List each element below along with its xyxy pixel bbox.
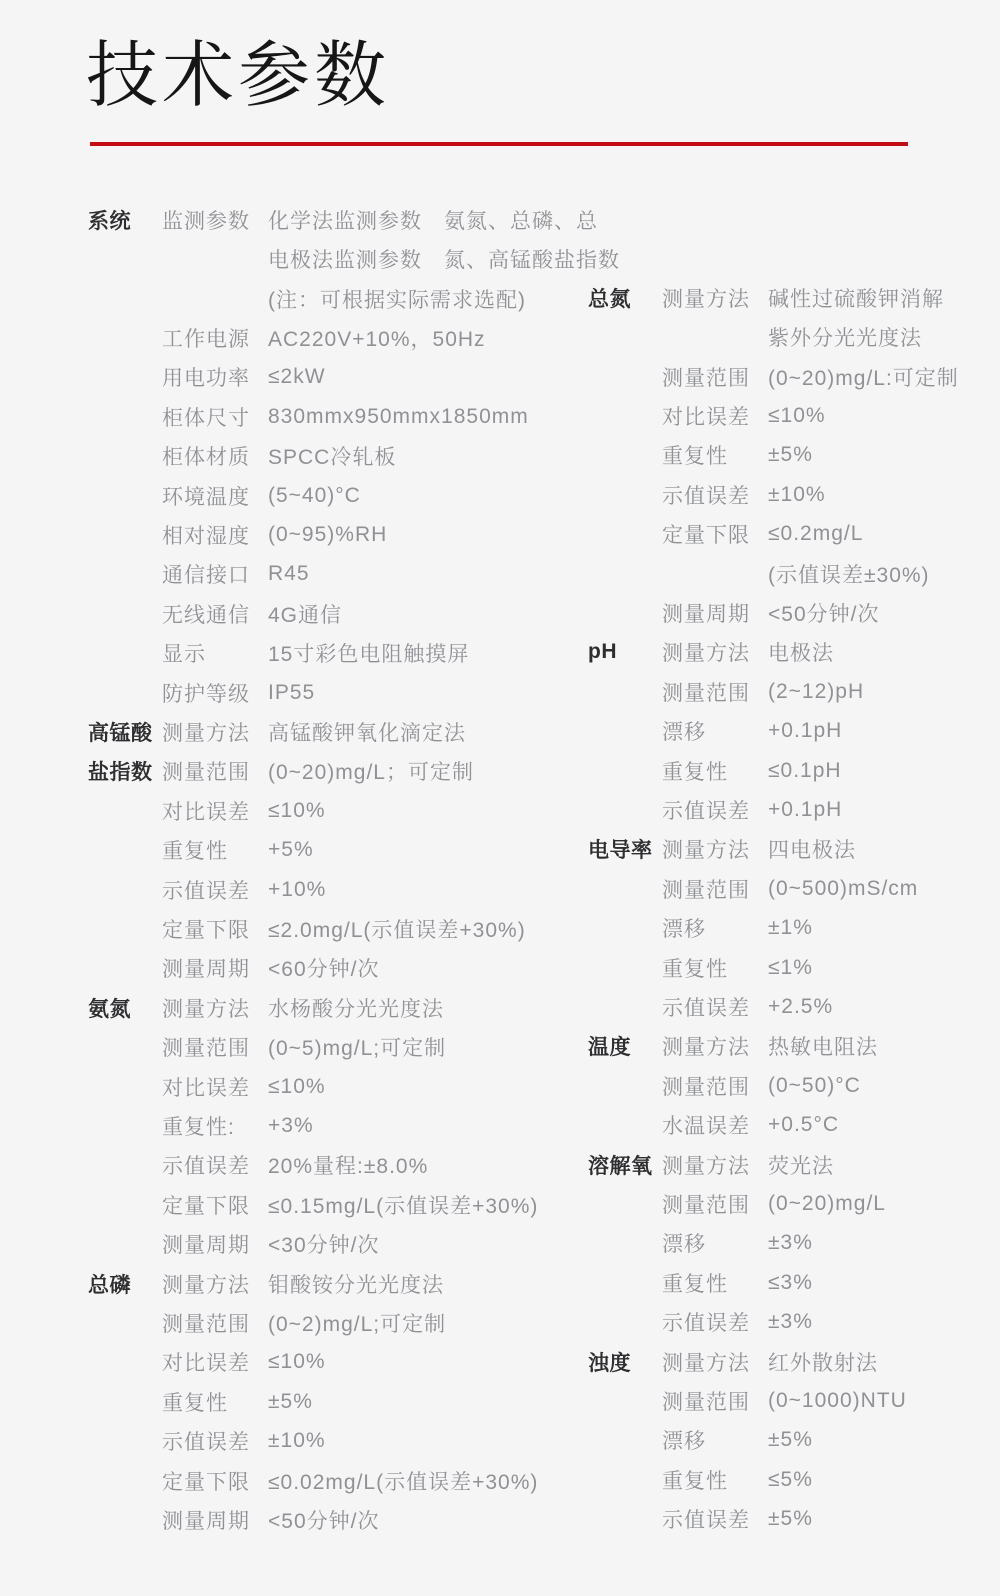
spec-value: (0~2)mg/L;可定制	[268, 1308, 580, 1338]
spec-value: +3%	[268, 1114, 580, 1138]
spec-row: (注：可根据实际需求选配)	[88, 279, 580, 318]
spec-value: +0.1pH	[768, 798, 992, 822]
spec-value: 电极法监测参数 氮、高锰酸盐指数	[268, 244, 620, 274]
spec-section-header: 电导率	[588, 834, 662, 864]
spec-row: 对比误差 ≤10%	[88, 1343, 580, 1382]
spec-row: 示值误差 ±5%	[588, 1500, 992, 1539]
spec-row: 示值误差 20%量程:±8.0%	[88, 1146, 580, 1185]
spec-label: 环境温度	[162, 481, 268, 511]
spec-row: 测量范围 (0~50)°C	[588, 1066, 992, 1105]
spec-value: ≤1%	[768, 956, 992, 980]
spec-value: ≤5%	[768, 1468, 992, 1492]
spec-value: ≤2kW	[268, 365, 580, 389]
spec-label: 示值误差	[162, 1426, 268, 1456]
spec-row: 水温误差 +0.5°C	[588, 1106, 992, 1145]
spec-label: 测量方法	[662, 1031, 768, 1061]
spec-row: 测量范围 (0~1000)NTU	[588, 1381, 992, 1420]
spec-label: 重复性	[662, 1268, 768, 1298]
spec-row: 测量范围 (0~500)mS/cm	[588, 869, 992, 908]
spec-row: 溶解氧 测量方法 荧光法	[588, 1145, 992, 1184]
spec-value: ±5%	[768, 1428, 992, 1452]
spec-row: 电极法监测参数 氮、高锰酸盐指数	[88, 239, 580, 278]
spec-row: 测量范围 (0~20)mg/L:可定制	[588, 357, 992, 396]
spec-column-left: 系统 监测参数 化学法监测参数 氨氮、总磷、总 电极法监测参数 氮、高锰酸盐指数…	[88, 200, 580, 1540]
spec-label: 重复性	[162, 1387, 268, 1417]
spec-row: 温度 测量方法 热敏电阻法	[588, 1027, 992, 1066]
spec-value: +0.1pH	[768, 719, 992, 743]
spec-label: 定量下限	[162, 1466, 268, 1496]
spec-label: 漂移	[662, 1228, 768, 1258]
spec-row: 重复性 ≤5%	[588, 1460, 992, 1499]
spec-value: 高锰酸钾氧化滴定法	[268, 717, 580, 747]
spec-row: 显示 15寸彩色电阻触摸屏	[88, 633, 580, 672]
spec-value: <50分钟/次	[268, 1505, 580, 1535]
spec-label: 测量范围	[662, 677, 768, 707]
spec-label: 重复性	[662, 756, 768, 786]
spec-label: 测量范围	[662, 1189, 768, 1219]
spec-row: 通信接口 R45	[88, 555, 580, 594]
spec-row: 测量范围 (0~5)mg/L;可定制	[88, 1028, 580, 1067]
spec-row: 定量下限 ≤0.02mg/L(示值误差+30%)	[88, 1461, 580, 1500]
spec-value: 钼酸铵分光光度法	[268, 1269, 580, 1299]
spec-row: 重复性 ±5%	[88, 1382, 580, 1421]
spec-value: (0~5)mg/L;可定制	[268, 1032, 580, 1062]
spec-label: 测量方法	[162, 1269, 268, 1299]
spec-row: 测量周期 <50分钟/次	[588, 593, 992, 632]
spec-row: 无线通信 4G通信	[88, 594, 580, 633]
spec-row: 示值误差 +0.1pH	[588, 790, 992, 829]
spec-label: 测量方法	[662, 283, 768, 313]
spec-section-header: 氨氮	[88, 993, 162, 1023]
spec-section-header: 盐指数	[88, 756, 162, 786]
spec-label: 监测参数	[162, 205, 268, 235]
spec-value: 碱性过硫酸钾消解	[768, 283, 992, 313]
spec-label: 测量范围	[162, 1032, 268, 1062]
spec-row: 总磷 测量方法 钼酸铵分光光度法	[88, 1264, 580, 1303]
spec-label: 漂移	[662, 1425, 768, 1455]
spec-value: 化学法监测参数 氨氮、总磷、总	[268, 205, 598, 235]
spec-value: 四电极法	[768, 834, 992, 864]
spec-label: 测量周期	[162, 1505, 268, 1535]
spec-section-header: 溶解氧	[588, 1150, 662, 1180]
spec-value: ≤2.0mg/L(示值误差+30%)	[268, 914, 580, 944]
spec-label: 防护等级	[162, 678, 268, 708]
spec-value: ±10%	[768, 483, 992, 507]
spec-value: ±3%	[768, 1231, 992, 1255]
spec-section-header: 高锰酸	[88, 717, 162, 747]
spec-label: 测量周期	[162, 953, 268, 983]
spec-column-right: 总氮 测量方法 碱性过硫酸钾消解 紫外分光光度法 测量范围 (0~20)mg/L…	[588, 278, 992, 1539]
spec-label: 水温误差	[662, 1110, 768, 1140]
spec-value: +5%	[268, 838, 580, 862]
spec-label: 漂移	[662, 716, 768, 746]
spec-value: <60分钟/次	[268, 953, 580, 983]
spec-row: 示值误差 ±3%	[588, 1303, 992, 1342]
spec-row: 测量范围 (0~20)mg/L	[588, 1184, 992, 1223]
spec-value: 830mmx950mmx1850mm	[268, 405, 580, 429]
spec-value: (0~1000)NTU	[768, 1389, 992, 1413]
spec-row: 盐指数 测量范围 (0~20)mg/L；可定制	[88, 752, 580, 791]
spec-row: 测量范围 (2~12)pH	[588, 672, 992, 711]
spec-label: 定量下限	[162, 1190, 268, 1220]
spec-value: (0~20)mg/L；可定制	[268, 756, 580, 786]
spec-label: 示值误差	[662, 480, 768, 510]
spec-row: 示值误差 +2.5%	[588, 987, 992, 1026]
spec-value: (0~20)mg/L	[768, 1192, 992, 1216]
spec-row: 高锰酸 测量方法 高锰酸钾氧化滴定法	[88, 712, 580, 751]
spec-value: (示值误差±30%)	[768, 559, 992, 589]
spec-value: ±5%	[768, 443, 992, 467]
spec-row: 相对湿度 (0~95)%RH	[88, 515, 580, 554]
spec-row: 电导率 测量方法 四电极法	[588, 830, 992, 869]
spec-label: 测量范围	[162, 1308, 268, 1338]
spec-value: +2.5%	[768, 995, 992, 1019]
spec-value: ≤0.02mg/L(示值误差+30%)	[268, 1466, 580, 1496]
spec-label: 测量周期	[662, 598, 768, 628]
spec-row: 示值误差 +10%	[88, 870, 580, 909]
spec-value: 荧光法	[768, 1150, 992, 1180]
spec-section-header: 浊度	[588, 1347, 662, 1377]
spec-label: 重复性:	[162, 1111, 268, 1141]
spec-label: 重复性	[662, 953, 768, 983]
spec-value: 红外散射法	[768, 1347, 992, 1377]
spec-label: 测量方法	[162, 993, 268, 1023]
spec-label: 测量方法	[662, 834, 768, 864]
spec-label: 定量下限	[662, 519, 768, 549]
spec-value: ≤10%	[768, 404, 992, 428]
spec-row: 重复性 ≤0.1pH	[588, 751, 992, 790]
spec-value: SPCC冷轧板	[268, 441, 580, 471]
spec-value: ±10%	[268, 1429, 580, 1453]
spec-section-header: 温度	[588, 1031, 662, 1061]
spec-section-header: 总氮	[588, 283, 662, 313]
spec-label: 漂移	[662, 913, 768, 943]
spec-value: (5~40)°C	[268, 484, 580, 508]
spec-row: 用电功率 ≤2kW	[88, 358, 580, 397]
spec-value: 15寸彩色电阻触摸屏	[268, 638, 580, 668]
spec-value: 20%量程:±8.0%	[268, 1150, 580, 1180]
spec-label: 示值误差	[662, 795, 768, 825]
spec-value: AC220V+10%，50Hz	[268, 323, 580, 353]
spec-label: 重复性	[662, 1465, 768, 1495]
spec-row: 定量下限 ≤2.0mg/L(示值误差+30%)	[88, 909, 580, 948]
spec-label: 定量下限	[162, 914, 268, 944]
spec-row: 漂移 +0.1pH	[588, 711, 992, 750]
spec-label: 示值误差	[662, 1307, 768, 1337]
spec-label: 测量方法	[162, 717, 268, 747]
spec-label: 测量方法	[662, 1347, 768, 1377]
spec-row: 漂移 ±3%	[588, 1224, 992, 1263]
spec-value: <50分钟/次	[768, 598, 992, 628]
spec-row: 重复性 ±5%	[588, 436, 992, 475]
spec-row: 对比误差 ≤10%	[88, 791, 580, 830]
spec-row: 工作电源 AC220V+10%，50Hz	[88, 318, 580, 357]
spec-value: ±1%	[768, 916, 992, 940]
spec-row: 对比误差 ≤10%	[88, 1067, 580, 1106]
spec-label: 重复性	[162, 835, 268, 865]
spec-value: 4G通信	[268, 599, 580, 629]
spec-row: 系统 监测参数 化学法监测参数 氨氮、总磷、总	[88, 200, 580, 239]
spec-label: 测量范围	[662, 1386, 768, 1416]
spec-label: 显示	[162, 638, 268, 668]
spec-value: ≤0.15mg/L(示值误差+30%)	[268, 1190, 580, 1220]
spec-row: 总氮 测量方法 碱性过硫酸钾消解	[588, 278, 992, 317]
spec-label: 柜体材质	[162, 441, 268, 471]
spec-label: 测量周期	[162, 1229, 268, 1259]
spec-row: 柜体尺寸 830mmx950mmx1850mm	[88, 397, 580, 436]
spec-row: (示值误差±30%)	[588, 554, 992, 593]
spec-row: 测量周期 <50分钟/次	[88, 1500, 580, 1539]
spec-label: 重复性	[662, 440, 768, 470]
spec-label: 测量方法	[662, 1150, 768, 1180]
spec-value: 电极法	[768, 637, 992, 667]
spec-label: 对比误差	[162, 1347, 268, 1377]
spec-row: 示值误差 ±10%	[588, 475, 992, 514]
spec-row: 环境温度 (5~40)°C	[88, 476, 580, 515]
spec-label: 工作电源	[162, 323, 268, 353]
spec-value: (0~20)mg/L:可定制	[768, 362, 992, 392]
spec-value: ±5%	[268, 1390, 580, 1414]
spec-row: 氨氮 测量方法 水杨酸分光光度法	[88, 988, 580, 1027]
spec-row: 测量周期 <60分钟/次	[88, 949, 580, 988]
spec-value: +10%	[268, 878, 580, 902]
spec-label: 相对湿度	[162, 520, 268, 550]
spec-row: 对比误差 ≤10%	[588, 396, 992, 435]
spec-row: 重复性 +5%	[88, 831, 580, 870]
spec-value: 热敏电阻法	[768, 1031, 992, 1061]
title-underline-rule	[90, 142, 908, 146]
spec-value: ≤10%	[268, 1350, 580, 1374]
spec-label: 用电功率	[162, 362, 268, 392]
spec-value: +0.5°C	[768, 1113, 992, 1137]
spec-value: (注：可根据实际需求选配)	[268, 284, 580, 314]
spec-row: 重复性: +3%	[88, 1106, 580, 1145]
spec-row: 紫外分光光度法	[588, 317, 992, 356]
spec-value: <30分钟/次	[268, 1229, 580, 1259]
spec-value: (2~12)pH	[768, 680, 992, 704]
spec-value: ≤3%	[768, 1271, 992, 1295]
spec-label: 对比误差	[662, 401, 768, 431]
spec-section-header: pH	[588, 640, 662, 664]
spec-label: 测量方法	[662, 637, 768, 667]
spec-value: (0~500)mS/cm	[768, 877, 992, 901]
spec-value: ±3%	[768, 1310, 992, 1334]
spec-label: 示值误差	[662, 992, 768, 1022]
spec-value: ≤10%	[268, 1075, 580, 1099]
spec-row: 浊度 测量方法 红外散射法	[588, 1342, 992, 1381]
spec-section-header: 系统	[88, 205, 162, 235]
spec-row: 测量范围 (0~2)mg/L;可定制	[88, 1303, 580, 1342]
spec-value: ≤0.1pH	[768, 759, 992, 783]
spec-label: 通信接口	[162, 559, 268, 589]
spec-row: 定量下限 ≤0.2mg/L	[588, 514, 992, 553]
spec-label: 对比误差	[162, 796, 268, 826]
spec-row: 防护等级 IP55	[88, 673, 580, 712]
spec-row: pH 测量方法 电极法	[588, 633, 992, 672]
spec-label: 对比误差	[162, 1072, 268, 1102]
spec-row: 柜体材质 SPCC冷轧板	[88, 436, 580, 475]
spec-value: IP55	[268, 681, 580, 705]
page-title: 技术参数	[86, 28, 390, 124]
spec-value: ≤0.2mg/L	[768, 522, 992, 546]
spec-row: 漂移 ±1%	[588, 909, 992, 948]
spec-row: 定量下限 ≤0.15mg/L(示值误差+30%)	[88, 1185, 580, 1224]
spec-value: 紫外分光光度法	[768, 322, 992, 352]
spec-value: ±5%	[768, 1507, 992, 1531]
spec-label: 无线通信	[162, 599, 268, 629]
spec-row: 重复性 ≤1%	[588, 948, 992, 987]
spec-label: 测量范围	[162, 756, 268, 786]
spec-label: 测量范围	[662, 1071, 768, 1101]
spec-row: 示值误差 ±10%	[88, 1422, 580, 1461]
spec-value: 水杨酸分光光度法	[268, 993, 580, 1023]
spec-row: 漂移 ±5%	[588, 1421, 992, 1460]
spec-label: 柜体尺寸	[162, 402, 268, 432]
spec-label: 示值误差	[162, 875, 268, 905]
spec-value: (0~50)°C	[768, 1074, 992, 1098]
spec-row: 重复性 ≤3%	[588, 1263, 992, 1302]
spec-section-header: 总磷	[88, 1269, 162, 1299]
spec-value: R45	[268, 562, 580, 586]
spec-label: 示值误差	[662, 1504, 768, 1534]
spec-label: 测量范围	[662, 362, 768, 392]
spec-row: 测量周期 <30分钟/次	[88, 1225, 580, 1264]
spec-value: (0~95)%RH	[268, 523, 580, 547]
spec-label: 示值误差	[162, 1150, 268, 1180]
spec-value: ≤10%	[268, 799, 580, 823]
spec-label: 测量范围	[662, 874, 768, 904]
